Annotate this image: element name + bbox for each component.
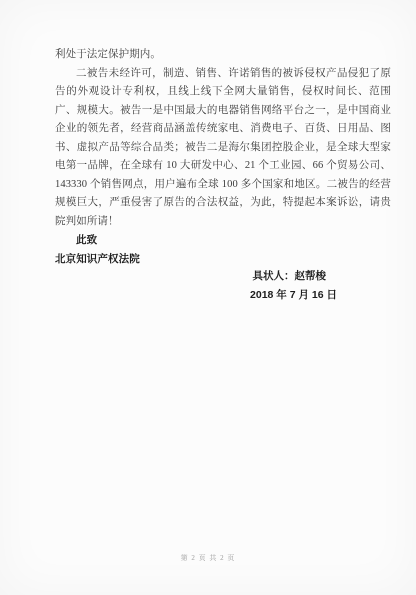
date-line: 2018 年 7 月 16 日 — [55, 286, 391, 305]
salutation: 此致 — [55, 231, 391, 250]
document-body: 利处于法定保护期内。 二被告未经许可，制造、销售、许诺销售的被诉侵权产品侵犯了原… — [55, 46, 391, 268]
page-number-footer: 第 2 页 共 2 页 — [0, 553, 416, 563]
signer-label: 具状人： — [253, 270, 295, 282]
signer-name: 赵帮梭 — [295, 270, 327, 282]
document-page: 利处于法定保护期内。 二被告未经许可，制造、销售、许诺销售的被诉侵权产品侵犯了原… — [0, 0, 416, 595]
court-name: 北京知识产权法院 — [55, 250, 391, 269]
signature-block: 具状人：赵帮梭 2018 年 7 月 16 日 — [55, 267, 391, 304]
signer-line: 具状人：赵帮梭 — [55, 267, 391, 286]
paragraph-continued-from-previous-page: 利处于法定保护期内。 — [55, 46, 391, 65]
paragraph-main: 二被告未经许可，制造、销售、许诺销售的被诉侵权产品侵犯了原告的外观设计专利权，且… — [55, 65, 391, 232]
